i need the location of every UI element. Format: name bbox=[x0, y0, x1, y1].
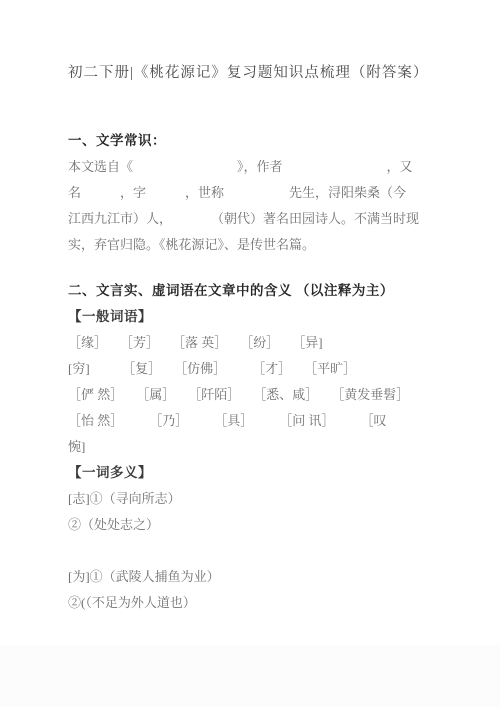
text-line: [穷] ［复］ ［仿佛］ ［才］ ［平旷］ bbox=[68, 356, 436, 382]
text-line: 本文选自《 》，作者 ，又 bbox=[68, 154, 436, 180]
general-words-heading: 【一般词语】 bbox=[68, 304, 436, 330]
section-literary-knowledge: 一、文学常识： 本文选自《 》，作者 ，又 名 ，字 ，世称 先生，浔阳柴桑（今… bbox=[68, 128, 436, 258]
text-line: 名 ，字 ，世称 先生，浔阳柴桑（今 bbox=[68, 180, 436, 206]
text-line: 实，弃官归隐。《桃花源记》、是传世名篇。 bbox=[68, 232, 436, 258]
text-line-blank bbox=[68, 538, 436, 564]
polysemy-heading: 【一词多义】 bbox=[68, 460, 436, 486]
text-line: ②（处处志之） bbox=[68, 512, 436, 538]
text-line: 江西九江市）人， （朝代）著名田园诗人。不满当时现 bbox=[68, 206, 436, 232]
text-line: [为]①（武陵人捕鱼为业） bbox=[68, 564, 436, 590]
document-page: 初二下册|《桃花源记》复习题知识点梳理（附答案） 一、文学常识： 本文选自《 》… bbox=[0, 0, 500, 707]
document-content: 初二下册|《桃花源记》复习题知识点梳理（附答案） 一、文学常识： 本文选自《 》… bbox=[0, 0, 500, 616]
text-line: ［俨 然］ ［属］ ［阡陌］ ［悉、咸］ ［黄发垂髫］ bbox=[68, 382, 436, 408]
document-title: 初二下册|《桃花源记》复习题知识点梳理（附答案） bbox=[68, 60, 436, 86]
section1-heading: 一、文学常识： bbox=[68, 128, 436, 154]
section-word-meanings: 二、文言实、虚词语在文章中的含义 （以注释为主） 【一般词语】 ［缘］ ［芳］ … bbox=[68, 278, 436, 616]
text-line: ②(（不足为外人道也） bbox=[68, 590, 436, 616]
section2-heading: 二、文言实、虚词语在文章中的含义 （以注释为主） bbox=[68, 278, 436, 304]
text-line: [志]①（寻向所志） bbox=[68, 486, 436, 512]
page-bottom-margin bbox=[0, 645, 500, 707]
text-line: ［缘］ ［芳］ ［落 英］ ［纷］ ［异] bbox=[68, 330, 436, 356]
text-line: 惋] bbox=[68, 434, 436, 460]
text-line: ［怡 然］ ［乃］ ［具］ ［问 讯］ ［叹 bbox=[68, 408, 436, 434]
